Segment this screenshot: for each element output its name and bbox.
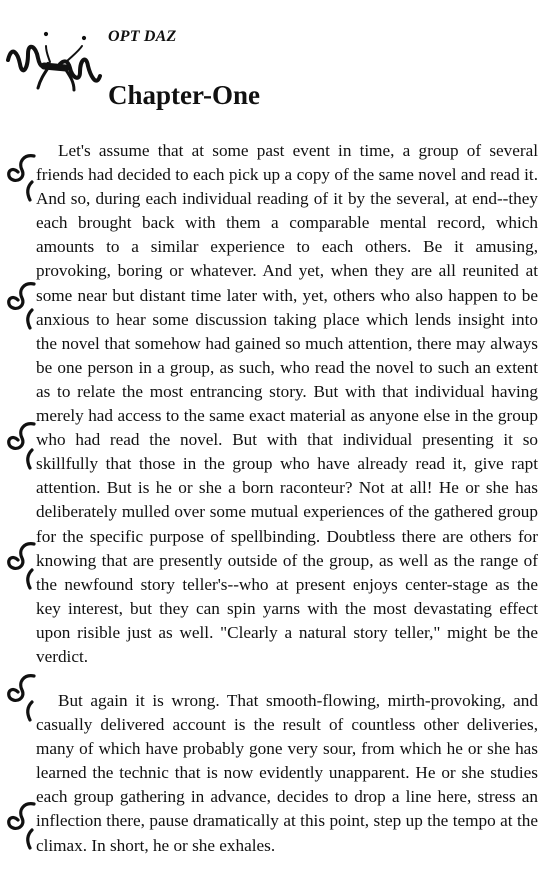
squiggle-ornament-icon bbox=[4, 24, 104, 94]
squiggle-margin-icon bbox=[4, 800, 38, 852]
squiggle-margin-icon bbox=[4, 152, 38, 204]
paragraph-1: Let's assume that at some past event in … bbox=[36, 139, 538, 669]
squiggle-margin-icon bbox=[4, 540, 38, 592]
paragraph-2: But again it is wrong. That smooth-flowi… bbox=[36, 689, 538, 858]
squiggle-margin-icon bbox=[4, 280, 38, 332]
squiggle-margin-icon bbox=[4, 672, 38, 724]
chapter-title: Chapter-One bbox=[108, 80, 260, 111]
author-name: OPT DAZ bbox=[108, 28, 177, 46]
squiggle-margin-icon bbox=[4, 420, 38, 472]
